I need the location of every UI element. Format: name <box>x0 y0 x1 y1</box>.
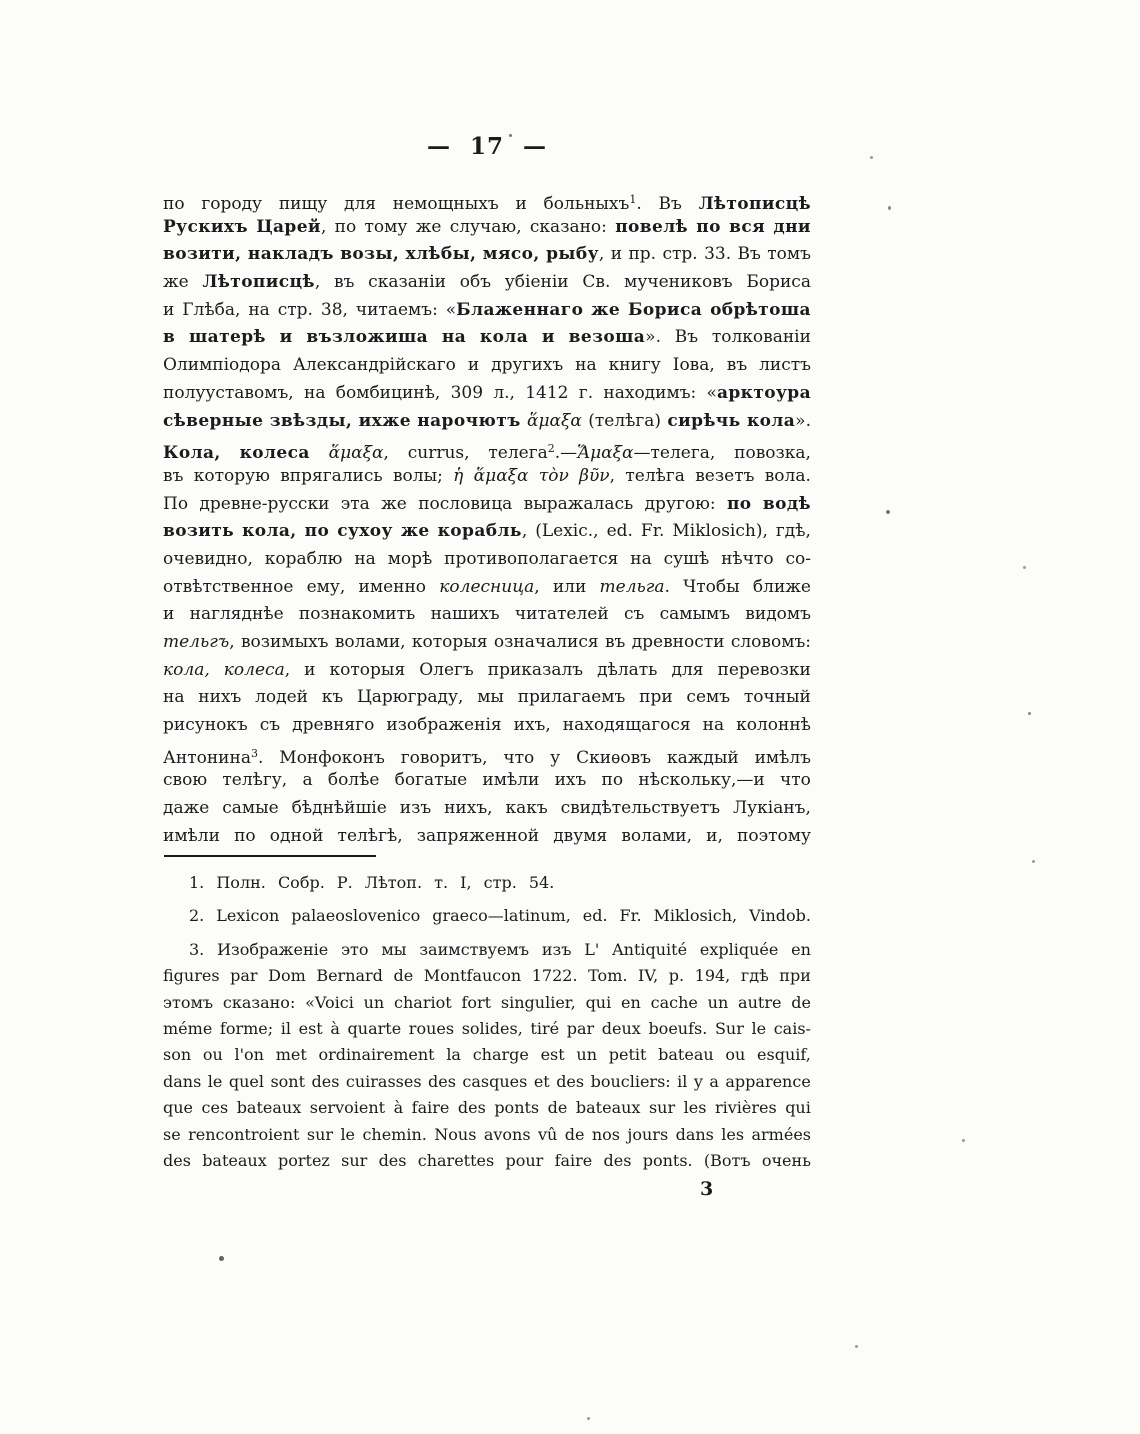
text-segment: (Lexic., <box>535 521 598 541</box>
word: гдѣ <box>741 963 769 989</box>
word: тому <box>365 214 408 242</box>
text-segment: bateau <box>658 1045 714 1064</box>
word: de <box>565 1122 585 1148</box>
ink-speck <box>219 1256 224 1261</box>
text-segment: le <box>208 1072 223 1091</box>
text-segment: вся <box>729 217 765 237</box>
word: Tom. <box>588 963 627 989</box>
word: Sur <box>715 1016 744 1042</box>
text-segment: пищу <box>279 194 327 214</box>
word: листъ <box>759 352 811 380</box>
text-segment: По <box>163 494 188 514</box>
text-segment: находимъ: <box>603 383 696 403</box>
text-segment: ». <box>795 411 811 431</box>
word: charge <box>473 1042 529 1068</box>
text-line: Подревне-русскиэтажепословицавыражаласьд… <box>163 491 811 519</box>
text-segment: изъ <box>400 798 431 818</box>
text-segment: толкованіи <box>712 327 811 347</box>
word: возити, <box>163 241 241 269</box>
text-segment: везоша <box>569 327 646 347</box>
text-segment: и <box>515 194 526 214</box>
text-segment: Antiquité <box>612 940 687 959</box>
word: bateaux <box>202 1148 267 1174</box>
text-segment: quel <box>229 1072 264 1091</box>
word: находящагося <box>563 712 691 740</box>
word: qui <box>785 1095 811 1121</box>
text-segment: τὸν <box>539 466 569 486</box>
word: волы; <box>393 463 443 491</box>
word: рисунокъ <box>163 712 248 740</box>
text-segment: Кола, <box>163 443 221 463</box>
word: и <box>280 324 293 352</box>
word: древности <box>632 629 725 657</box>
word: des <box>311 1069 339 1095</box>
text-segment: читаемъ: <box>356 300 438 320</box>
word: читаемъ: <box>356 297 438 325</box>
text-segment: бѣднѣйшіе <box>292 798 387 818</box>
text-line: figuresparDomBernarddeMontfaucon1722.Tom… <box>163 963 811 989</box>
text-segment: Dom <box>268 966 306 985</box>
text-line: своютелѣгу,аболѣебогатыеимѣлиихъпонѣскол… <box>163 767 811 795</box>
word: faire <box>412 1095 450 1121</box>
word: à <box>330 1016 340 1042</box>
text-segment: а <box>302 770 312 790</box>
text-segment: ихъ <box>555 770 587 790</box>
word: мы <box>477 684 504 712</box>
word: en <box>621 990 641 1016</box>
word: Lexicon <box>216 903 279 929</box>
word: нагляднѣе <box>190 601 284 629</box>
text-segment: Рускихъ <box>163 217 248 237</box>
text-segment: Олимпіодора <box>163 355 281 375</box>
text-segment: волами, <box>335 632 406 652</box>
word: запряженной <box>417 823 539 851</box>
text-segment: которыя <box>412 632 488 652</box>
ink-speck <box>1032 860 1035 863</box>
text-line: ОлимпіодораАлександрійскагоидругихънакни… <box>163 352 811 380</box>
text-segment: . <box>636 194 641 214</box>
text-segment: L' <box>584 940 599 959</box>
word: ἅμαξα <box>527 408 582 436</box>
word: ed. <box>583 903 608 929</box>
text-segment: листъ <box>759 355 811 375</box>
word: же <box>401 518 430 546</box>
word: βῦν, <box>579 463 615 491</box>
word: древне-русски <box>199 491 329 519</box>
text-line: вшатерѣивъзложишанаколаивезоша».Вътолков… <box>163 324 811 352</box>
word: Въ <box>738 241 761 269</box>
word: cuirasses <box>346 1069 422 1095</box>
word: другихъ <box>491 352 563 380</box>
word: ordinairement <box>319 1042 435 1068</box>
text-line: отвѣтственноеему,именноколесница,илитель… <box>163 574 811 602</box>
text-segment: изъ <box>542 940 572 959</box>
text-line: serencontroientsurlechemin.Nousavonsvûde… <box>163 1122 811 1148</box>
word: изображенія <box>386 712 501 740</box>
word: pour <box>505 1148 543 1174</box>
text-line: quecesbateauxservoientàfairedespontsdeba… <box>163 1095 811 1121</box>
text-segment: . <box>258 748 263 768</box>
text-segment: болѣе <box>328 770 380 790</box>
text-segment: и <box>163 300 174 320</box>
word: кола, <box>242 518 297 546</box>
text-segment: des <box>311 1072 339 1091</box>
word: телѣга <box>625 463 685 491</box>
text-segment: des <box>556 1072 584 1091</box>
word: (телѣга) <box>588 408 661 436</box>
text-segment: , <box>599 244 604 264</box>
word: ему, <box>307 574 346 602</box>
text-segment: boeufs. <box>648 1019 707 1038</box>
text-segment: съ <box>624 604 644 624</box>
text-segment: дѣлать <box>597 660 657 680</box>
text-segment: эта <box>341 494 370 514</box>
text-segment: de <box>565 1125 585 1144</box>
text-segment: Въ <box>738 244 761 264</box>
word: точный <box>744 684 811 712</box>
word: Олимпіодора <box>163 352 281 380</box>
word: dans <box>163 1069 201 1095</box>
word: deux <box>602 1016 641 1042</box>
ink-speck <box>888 206 891 210</box>
text-line: этомъсказано:«Voiciunchariotfortsingulie… <box>163 990 811 1016</box>
text-segment: возы, <box>340 244 399 264</box>
text-segment: 38, <box>321 300 348 320</box>
word: des <box>556 1069 584 1095</box>
text-segment: рисунокъ <box>163 715 248 735</box>
word: (Lexic., <box>535 518 598 546</box>
text-segment: стр. <box>278 300 313 320</box>
word: и <box>542 324 555 352</box>
text-segment: les <box>721 1125 744 1144</box>
text-segment: , <box>285 660 290 680</box>
word: un <box>576 1042 597 1068</box>
word: по <box>305 518 330 546</box>
text-segment: des <box>458 1098 486 1117</box>
word: Изображеніе <box>217 937 328 963</box>
word: для <box>671 657 703 685</box>
word: тельгъ, <box>163 629 235 657</box>
word: dans <box>676 1122 714 1148</box>
text-segment: для <box>671 660 703 680</box>
word: (Вотъ <box>704 1148 751 1174</box>
text-segment: bateaux <box>576 1098 641 1117</box>
text-segment: βῦν <box>579 466 610 486</box>
text-segment: Tom. <box>588 966 627 985</box>
word: ἡ <box>453 463 463 491</box>
word: singulier, <box>501 990 576 1016</box>
word: «Voici <box>305 990 354 1016</box>
text-line: нанихълодейкъЦарюграду,мыприлагаемъприсе… <box>163 684 811 712</box>
text-segment: le <box>751 1019 766 1038</box>
word: le <box>340 1122 355 1148</box>
word: сказаніи <box>368 269 446 297</box>
word: находимъ: <box>603 380 696 408</box>
word: и <box>163 297 174 325</box>
word: charettes <box>418 1148 494 1174</box>
word: 38, <box>321 297 348 325</box>
word: которыя <box>412 629 488 657</box>
text-segment: вола. <box>765 466 811 486</box>
word: имѣли <box>163 823 220 851</box>
word: изъ <box>400 795 431 823</box>
text-segment: de <box>791 993 811 1012</box>
text-segment: гдѣ <box>741 966 769 985</box>
word: впрягались <box>280 463 382 491</box>
word: дни <box>773 214 811 242</box>
text-segment: имѣли <box>163 826 220 846</box>
word: пр. <box>628 241 656 269</box>
text-segment: de <box>548 1098 568 1117</box>
text-segment: по <box>305 521 330 541</box>
text-segment: колоннѣ <box>736 715 811 735</box>
text-segment: возить <box>163 521 234 541</box>
word: l'on <box>235 1042 264 1068</box>
word: възложиша <box>306 324 428 352</box>
text-segment: , <box>610 466 615 486</box>
word: τὸν <box>539 463 569 491</box>
word: сирѣчь <box>667 408 740 436</box>
text-segment: ἅμαξα <box>474 466 529 486</box>
word: толкованіи <box>712 324 811 352</box>
text-segment: ἡ <box>453 466 463 486</box>
text-segment: l'on <box>235 1045 264 1064</box>
word: съ <box>260 712 280 740</box>
text-segment: armées <box>751 1125 811 1144</box>
word: faire <box>555 1148 593 1174</box>
text-segment: Лѣтописцѣ <box>699 194 811 214</box>
word: звѣзды, <box>270 408 353 436</box>
word: 194, <box>695 963 731 989</box>
word: chemin. <box>362 1122 426 1148</box>
word: de <box>393 963 413 989</box>
word: jours <box>627 1122 668 1148</box>
text-segment: морѣ <box>388 549 433 569</box>
text-segment: un <box>576 1045 597 1064</box>
text-segment: свою <box>163 770 207 790</box>
word: и <box>304 657 315 685</box>
word: avons <box>484 1122 531 1148</box>
text-segment: древне-русски <box>199 494 329 514</box>
text-segment: арктоура <box>717 383 811 403</box>
footnote-ref: 3 <box>251 747 258 760</box>
text-segment: charettes <box>418 1151 494 1170</box>
text-segment: на <box>163 687 184 707</box>
ink-speck <box>1028 712 1031 715</box>
word: перевозки <box>718 657 811 685</box>
text-line: возитькола,посухоужекорабль,(Lexic.,ed.F… <box>163 518 811 546</box>
word: волами, <box>621 823 692 851</box>
word: объ <box>460 269 491 297</box>
text-segment: dans <box>163 1072 201 1091</box>
text-segment: 1412 <box>525 383 568 403</box>
text-segment: Лѣтописцѣ <box>202 272 314 292</box>
text-segment: древности <box>632 632 725 652</box>
text-segment: и <box>468 355 479 375</box>
text-line: 2.Lexiconpalaeoslovenicograeco—latinum,e… <box>163 903 811 929</box>
text-segment: ces <box>202 1098 229 1117</box>
text-segment: Александрійскаго <box>293 355 456 375</box>
text-segment: приказалъ <box>488 660 583 680</box>
text-segment: autre <box>738 993 781 1012</box>
word: autre <box>738 990 781 1016</box>
text-segment: на <box>304 383 325 403</box>
word: въ <box>605 629 625 657</box>
word: Лукіанъ, <box>733 795 811 823</box>
text-segment: Lexicon <box>216 906 279 925</box>
word: возимыхъ <box>241 629 329 657</box>
word: нѣчто <box>721 546 773 574</box>
word: bateau <box>658 1042 714 1068</box>
word: est <box>541 1042 565 1068</box>
word: на <box>248 297 269 325</box>
text-segment: для <box>344 194 376 214</box>
word: г. <box>579 380 593 408</box>
word: именно <box>359 574 427 602</box>
word: rivières <box>715 1095 777 1121</box>
text-segment: томъ <box>767 244 811 264</box>
text-segment: 33. <box>704 244 731 264</box>
word: Рускихъ <box>163 214 248 242</box>
word: ἅμαξα <box>474 463 529 491</box>
word: колесница, <box>439 574 539 602</box>
text-segment: casques <box>462 1072 527 1091</box>
word: expliquée <box>700 937 778 963</box>
text-line: жеЛѣтописцѣ,въсказаніиобъубіеніиСв.мучен… <box>163 269 811 297</box>
text-segment: . <box>665 577 670 597</box>
word: esquif, <box>757 1042 811 1068</box>
text-segment: что <box>503 748 534 768</box>
word: Nous <box>434 1122 476 1148</box>
word: casques <box>462 1069 527 1095</box>
text-segment: кола, <box>242 521 297 541</box>
word: apparence <box>725 1069 810 1095</box>
word: двумя <box>553 823 607 851</box>
text-segment: les <box>684 1098 707 1117</box>
word: везоша». <box>569 324 661 352</box>
word: le <box>208 1069 223 1095</box>
word: телѣгѣ, <box>338 823 403 851</box>
text-segment: Лукіанъ, <box>733 798 811 818</box>
signature-mark: 3 <box>700 1178 713 1200</box>
word: cache <box>651 990 698 1016</box>
text-segment: на <box>354 549 375 569</box>
text-segment: Въ <box>659 194 682 214</box>
text-segment: звѣзды, <box>270 411 353 431</box>
word: Miklosich, <box>654 903 738 929</box>
text-segment: Miklosich), <box>672 521 767 541</box>
text-segment: тельга <box>600 577 665 597</box>
text-line: sonoul'onmetordinairementlachargeestunpe… <box>163 1042 811 1068</box>
word: читателей <box>515 601 609 629</box>
text-segment: въ <box>334 272 354 292</box>
text-segment: , <box>321 217 326 237</box>
word: случаю, <box>450 214 522 242</box>
word: бомбицинѣ, <box>336 380 441 408</box>
word: Іова, <box>673 352 715 380</box>
word: la <box>446 1042 461 1068</box>
text-segment: перевозки <box>718 660 811 680</box>
text-segment: другихъ <box>491 355 563 375</box>
text-segment: прилагаемъ <box>518 687 626 707</box>
text-segment: съ <box>260 715 280 735</box>
text-segment: le <box>340 1125 355 1144</box>
word: Александрійскаго <box>293 352 456 380</box>
text-segment: телѣга <box>625 466 685 486</box>
word: le <box>751 1016 766 1042</box>
word: ponts. <box>643 1148 693 1174</box>
word: которыя <box>330 657 406 685</box>
text-line: desbateauxportezsurdescharettespourfaire… <box>163 1148 811 1174</box>
text-segment: самые <box>222 798 278 818</box>
text-segment: des <box>428 1072 456 1091</box>
word: на <box>304 380 325 408</box>
text-segment: ближе <box>753 577 811 597</box>
text-segment: которую <box>194 466 270 486</box>
text-segment: сказано: <box>223 993 295 1012</box>
text-segment: dans <box>676 1125 714 1144</box>
word: стр. <box>278 297 313 325</box>
text-segment: бомбицинѣ, <box>336 383 441 403</box>
word: tiré <box>530 1016 559 1042</box>
ink-speck <box>587 1417 590 1420</box>
word: словомъ: <box>731 629 811 657</box>
text-segment: cuirasses <box>346 1072 422 1091</box>
word: очевидно, <box>163 546 253 574</box>
text-segment: възложиша <box>306 327 428 347</box>
text-segment: в <box>163 327 175 347</box>
text-segment: —телега, <box>634 443 716 463</box>
word: накладъ <box>248 241 334 269</box>
text-segment: возити, <box>163 244 241 264</box>
text-segment: немощныхъ <box>393 194 499 214</box>
text-segment: и <box>280 327 293 347</box>
ink-speck <box>855 1345 858 1348</box>
text-segment: противополагается <box>444 549 618 569</box>
word: servoient <box>310 1095 385 1121</box>
text-segment: корабль <box>438 521 522 541</box>
text-segment: двумя <box>553 826 607 846</box>
word: сухоу <box>337 518 393 546</box>
word: которую <box>194 463 270 491</box>
text-segment: и <box>542 327 555 347</box>
word: по <box>234 823 256 851</box>
word: bateaux <box>237 1095 302 1121</box>
word: сѣверные <box>163 408 263 436</box>
word: les <box>684 1095 707 1121</box>
text-segment: ponts. <box>643 1151 693 1170</box>
text-segment: нихъ, <box>444 798 492 818</box>
word: сказано: <box>530 214 607 242</box>
word: вола. <box>765 463 811 491</box>
text-segment: тому <box>365 217 408 237</box>
word: приказалъ <box>488 657 583 685</box>
text-segment: cache <box>651 993 698 1012</box>
text-segment: vû <box>538 1125 557 1144</box>
word: IV, <box>638 963 658 989</box>
word: des <box>604 1148 632 1174</box>
text-line: возити,накладъвозы,хлѣбы,мясо,рыбу,ипр.с… <box>163 241 811 269</box>
text-segment: стр. <box>662 244 697 264</box>
text-segment: же <box>401 521 430 541</box>
word: boucliers: <box>591 1069 671 1095</box>
text-segment: « <box>446 300 456 320</box>
word: обрѣтоша <box>710 297 811 325</box>
text-segment: повелѣ <box>615 217 688 237</box>
text-segment: кола <box>747 411 795 431</box>
text-segment: водѣ <box>763 494 811 514</box>
word: полууставомъ, <box>163 380 294 408</box>
